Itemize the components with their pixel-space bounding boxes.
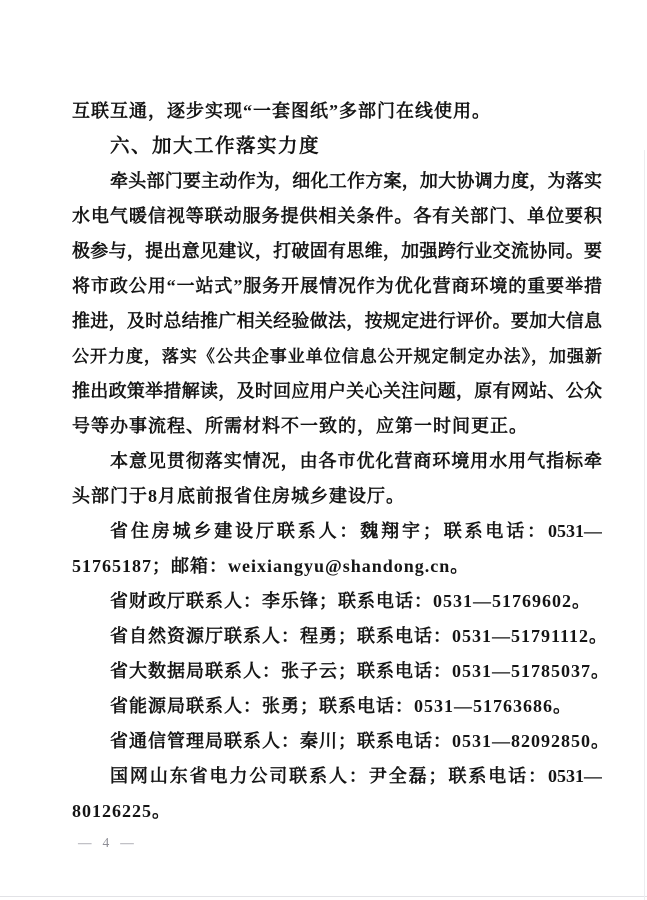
contact-line-finance-dept: 省财政厅联系人：李乐锋；联系电话：0531—51769602。 (72, 584, 602, 619)
body-line: 本意见贯彻落实情况，由各市优化营商环境用水用气指标牵 (72, 444, 602, 479)
contact-line-energy-bureau: 省能源局联系人：张勇；联系电话：0531—51763686。 (72, 689, 602, 724)
body-line: 推进，及时总结推广相关经验做法，按规定进行评价。要加大信息 (72, 304, 602, 339)
section-heading: 六、加大工作落实力度 (72, 129, 602, 164)
contact-line-state-grid-phone: 80126225。 (72, 794, 602, 829)
page-scan-edge-bottom (0, 896, 647, 897)
document-body: 互联互通，逐步实现“一套图纸”多部门在线使用。 六、加大工作落实力度 牵头部门要… (72, 94, 602, 829)
body-line: 将市政公用“一站式”服务开展情况作为优化营商环境的重要举措 (72, 269, 602, 304)
body-line: 水电气暖信视等联动服务提供相关条件。各有关部门、单位要积 (72, 199, 602, 234)
body-line: 牵头部门要主动作为，细化工作方案，加大协调力度，为落实 (72, 164, 602, 199)
contact-line-natural-resources: 省自然资源厅联系人：程勇；联系电话：0531—51791112。 (72, 619, 602, 654)
document-page: 互联互通，逐步实现“一套图纸”多部门在线使用。 六、加大工作落实力度 牵头部门要… (0, 0, 647, 900)
contact-line-state-grid: 国网山东省电力公司联系人：尹全磊；联系电话：0531— (72, 759, 602, 794)
body-line: 号等办事流程、所需材料不一致的，应第一时间更正。 (72, 409, 602, 444)
body-line-continuation: 互联互通，逐步实现“一套图纸”多部门在线使用。 (72, 94, 602, 129)
contact-line-housing-email: 51765187；邮箱：weixiangyu@shandong.cn。 (72, 549, 602, 584)
page-number: 4 (103, 835, 110, 851)
page-scan-edge-right (644, 150, 645, 900)
footer-dash-left: — (78, 835, 92, 851)
body-line: 推出政策举措解读，及时回应用户关心关注问题，原有网站、公众 (72, 374, 602, 409)
contact-line-communications-admin: 省通信管理局联系人：秦川；联系电话：0531—82092850。 (72, 724, 602, 759)
body-line: 公开力度，落实《公共企事业单位信息公开规定制定办法》，加强新 (72, 339, 602, 374)
body-line: 极参与，提出意见建议，打破固有思维，加强跨行业交流协同。要 (72, 234, 602, 269)
footer-dash-right: — (120, 835, 134, 851)
contact-line-housing-dept: 省住房城乡建设厅联系人：魏翔宇；联系电话：0531— (72, 514, 602, 549)
page-footer: — 4 — (78, 830, 134, 856)
contact-line-big-data-bureau: 省大数据局联系人：张子云；联系电话：0531—51785037。 (72, 654, 602, 689)
body-line: 头部门于8月底前报省住房城乡建设厅。 (72, 479, 602, 514)
